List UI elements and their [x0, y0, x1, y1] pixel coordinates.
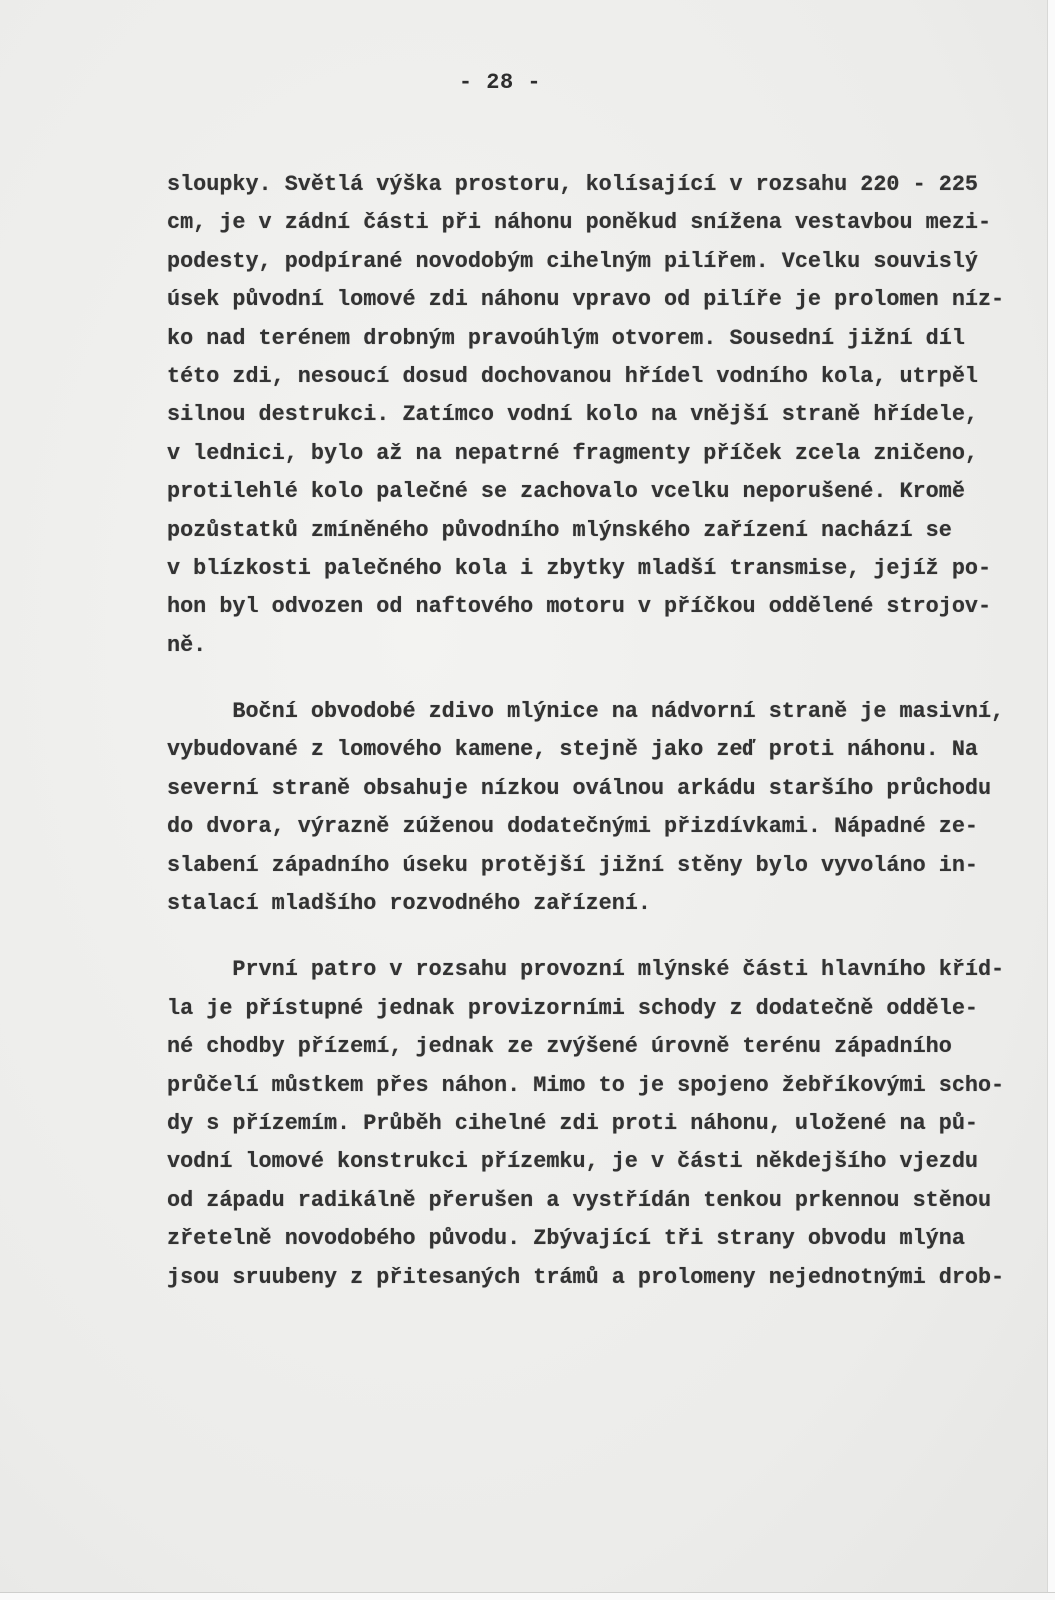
scanner-edge-right	[1047, 0, 1055, 1600]
text-line: sloupky. Světlá výška prostoru, kolísají…	[167, 166, 1047, 204]
text-line: v blízkosti palečného kola i zbytky mlad…	[167, 550, 1047, 588]
body-text: sloupky. Světlá výška prostoru, kolísají…	[167, 166, 1047, 1297]
text-line: zřetelně novodobého původu. Zbývající tř…	[167, 1220, 1047, 1258]
text-line: cm, je v zádní části při náhonu poněkud …	[167, 204, 1047, 242]
text-line: silnou destrukci. Zatímco vodní kolo na …	[167, 396, 1047, 434]
text-line: První patro v rozsahu provozní mlýnské č…	[167, 951, 1047, 989]
scanner-edge-bottom	[0, 1592, 1055, 1600]
text-line: jsou sruubeny z přitesaných trámů a prol…	[167, 1259, 1047, 1297]
paragraph-3: První patro v rozsahu provozní mlýnské č…	[167, 951, 1047, 1297]
paragraph-spacer	[167, 923, 1047, 951]
text-line: ko nad terénem drobným pravoúhlým otvore…	[167, 320, 1047, 358]
text-line: do dvora, výrazně zúženou dodatečnými př…	[167, 808, 1047, 846]
text-line: la je přístupné jednak provizorními scho…	[167, 990, 1047, 1028]
text-line: dy s přízemím. Průběh cihelné zdi proti …	[167, 1105, 1047, 1143]
text-line: v lednici, bylo až na nepatrné fragmenty…	[167, 435, 1047, 473]
paragraph-spacer	[167, 665, 1047, 693]
text-line: hon byl odvozen od naftového motoru v př…	[167, 588, 1047, 626]
text-line: od západu radikálně přerušen a vystřídán…	[167, 1182, 1047, 1220]
page-number: - 28 -	[0, 70, 1000, 95]
text-line: podesty, podpírané novodobým cihelným pi…	[167, 243, 1047, 281]
text-line: vybudované z lomového kamene, stejně jak…	[167, 731, 1047, 769]
text-line: slabení západního úseku protější jižní s…	[167, 847, 1047, 885]
text-line: vodní lomové konstrukci přízemku, je v č…	[167, 1143, 1047, 1181]
text-line: pozůstatků zmíněného původního mlýnského…	[167, 512, 1047, 550]
text-line: protilehlé kolo palečné se zachovalo vce…	[167, 473, 1047, 511]
text-line: ně.	[167, 627, 1047, 665]
text-line: né chodby přízemí, jednak ze zvýšené úro…	[167, 1028, 1047, 1066]
paragraph-2: Boční obvodobé zdivo mlýnice na nádvorní…	[167, 693, 1047, 923]
text-line: severní straně obsahuje nízkou oválnou a…	[167, 770, 1047, 808]
paragraph-1: sloupky. Světlá výška prostoru, kolísají…	[167, 166, 1047, 665]
text-line: této zdi, nesoucí dosud dochovanou hříde…	[167, 358, 1047, 396]
text-line: průčelí můstkem přes náhon. Mimo to je s…	[167, 1067, 1047, 1105]
text-line: Boční obvodobé zdivo mlýnice na nádvorní…	[167, 693, 1047, 731]
text-line: úsek původní lomové zdi náhonu vpravo od…	[167, 281, 1047, 319]
text-line: stalací mladšího rozvodného zařízení.	[167, 885, 1047, 923]
